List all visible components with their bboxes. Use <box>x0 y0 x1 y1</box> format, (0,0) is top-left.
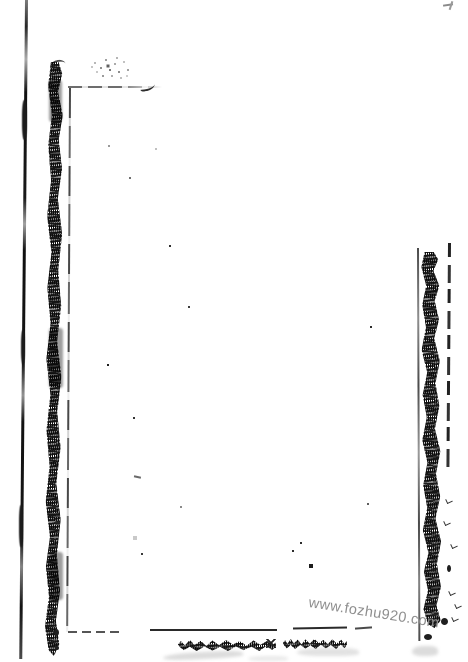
ink-tick-mark <box>454 602 462 609</box>
ink-hook-mark <box>139 81 155 92</box>
bottom-ink-bar-1 <box>178 640 276 651</box>
band-tail-blob <box>53 610 57 615</box>
band-dark-patch <box>50 552 63 600</box>
right-ink-blob <box>447 565 451 572</box>
ink-tick-mark <box>443 519 451 526</box>
page-frame-bottom-border-a <box>68 631 122 633</box>
band-dark-patch <box>49 328 63 388</box>
ink-tick-mark <box>448 589 456 596</box>
right-inner-hairline <box>417 248 420 641</box>
left-line-ink-blob <box>21 330 25 364</box>
ink-specks <box>0 0 2 2</box>
ink-tick-mark <box>445 497 453 504</box>
top-ink-smudge-cluster <box>88 54 90 56</box>
band-dark-patch <box>49 80 62 122</box>
page-frame-bottom-border-b <box>150 629 277 631</box>
right-ink-blob <box>441 618 448 625</box>
bottom-gray-smudge <box>248 656 288 661</box>
ink-tick-mark <box>450 542 458 549</box>
page-frame-left-border <box>66 88 71 632</box>
binding-ink-band-right <box>421 252 442 628</box>
right-ink-blob <box>424 634 432 640</box>
ink-tick-mark <box>451 615 459 622</box>
left-line-ink-blob <box>19 505 23 547</box>
band-tail-blob <box>55 646 59 650</box>
x-ink-mark <box>266 639 276 648</box>
bottom-gray-smudge <box>163 650 243 661</box>
bottom-gray-smudge <box>297 648 359 656</box>
top-right-corner-mark <box>449 1 453 10</box>
bottom-gray-smudge <box>412 646 438 656</box>
right-outer-broken-line <box>446 243 450 471</box>
page-frame-bottom-border-c <box>293 627 347 630</box>
small-dash-mark <box>134 475 141 478</box>
left-line-ink-blob <box>22 100 27 140</box>
page-frame-bottom-border-d <box>355 626 372 629</box>
scanned-page: www.fozhu920.com <box>0 0 468 662</box>
band-tail-blob <box>54 629 59 636</box>
